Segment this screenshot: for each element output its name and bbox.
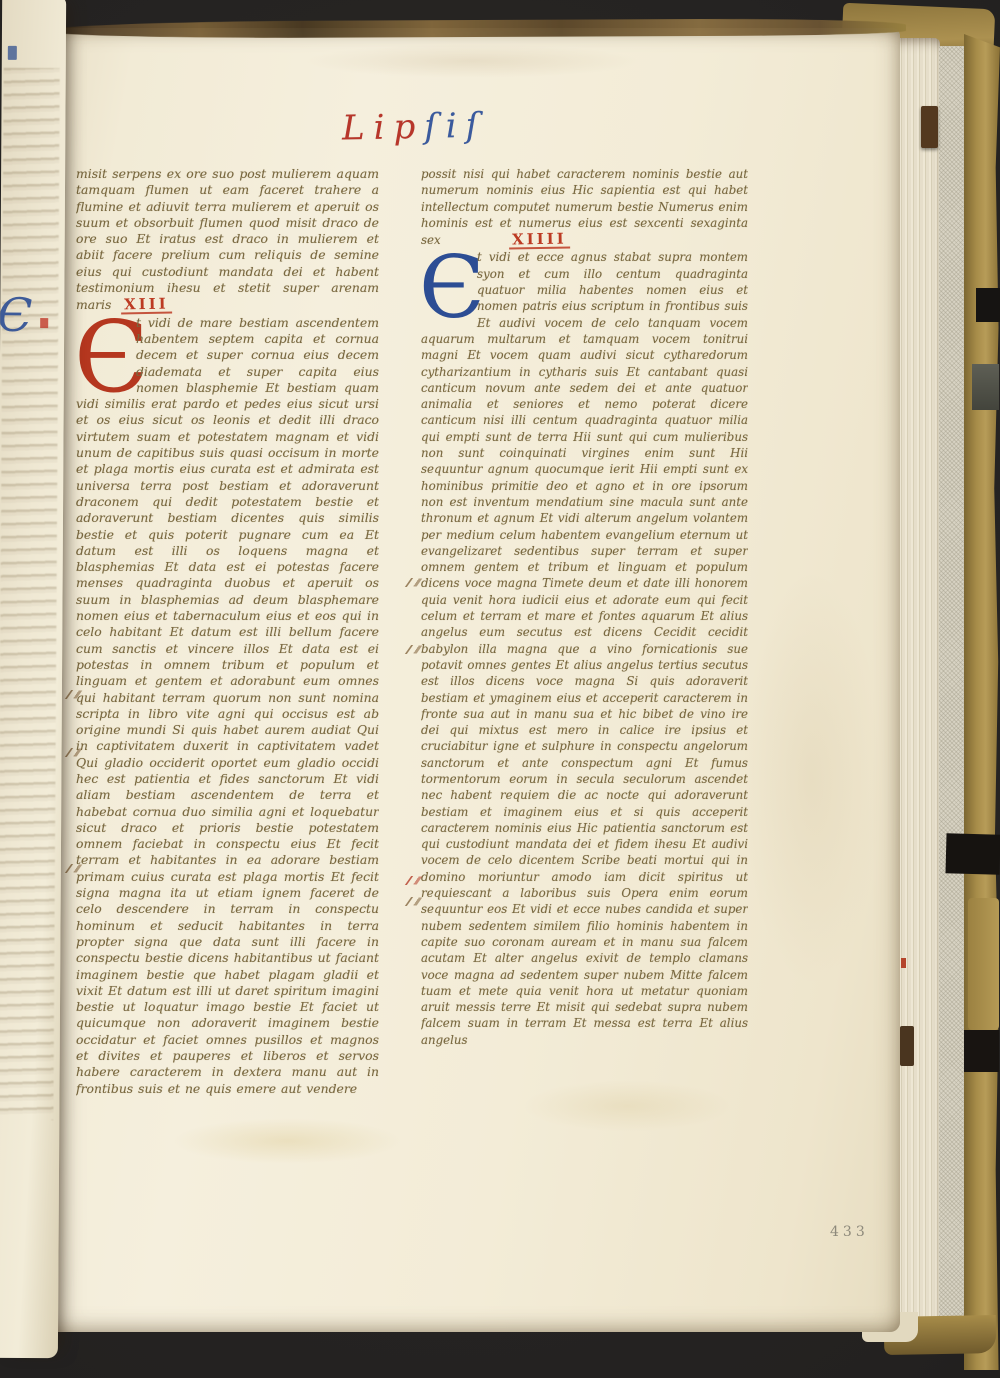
bookmark-tab-1 bbox=[976, 288, 1000, 322]
text-column-right: possit nisi qui habet caracterem nominis… bbox=[421, 166, 748, 1048]
running-header-letter: L bbox=[342, 111, 365, 145]
running-header: Lipſiſ bbox=[342, 108, 488, 145]
chapter-initial-red: Є bbox=[76, 317, 130, 381]
running-header-letter: p bbox=[393, 110, 415, 144]
verse-text-ch13: Єt vidi de mare bestiam ascendentem habe… bbox=[76, 315, 379, 1097]
running-header-letter: i bbox=[445, 109, 457, 143]
margin-mark bbox=[405, 897, 419, 906]
cover-bulge bbox=[968, 898, 999, 1030]
fore-edge-dark-tab bbox=[900, 1026, 914, 1066]
chapter-initial-blue: Є bbox=[421, 251, 471, 317]
chapter-number-xiiii: XIIII bbox=[509, 231, 570, 250]
bookmark-tab-2 bbox=[972, 364, 999, 410]
book-photo: Lipſiſ misit serpens ex ore suo post mul… bbox=[0, 0, 1000, 1378]
margin-mark bbox=[405, 578, 419, 587]
previous-page-edge: Є bbox=[0, 0, 66, 1358]
text-column-left: misit serpens ex ore suo post mulierem a… bbox=[76, 166, 379, 1097]
folio-number: 433 bbox=[830, 1224, 869, 1240]
running-header-letter: i bbox=[373, 111, 385, 145]
book-cover-edge bbox=[964, 34, 1000, 1370]
verse-text: possit nisi qui habet caracterem nominis… bbox=[421, 167, 748, 247]
parchment-stain bbox=[522, 1080, 732, 1132]
book-fore-edge bbox=[893, 38, 940, 1346]
verse-text: misit serpens ex ore suo post mulierem a… bbox=[76, 166, 379, 312]
previous-page-text-ghost bbox=[0, 68, 60, 1120]
bookmark-tab-3 bbox=[945, 833, 1000, 874]
margin-mark bbox=[405, 645, 419, 654]
verse-text-ch14: Єt vidi et ecce agnus stabat supra monte… bbox=[421, 249, 748, 1048]
parchment-stain bbox=[302, 44, 642, 78]
previous-page-blue-mark bbox=[8, 46, 17, 60]
manuscript-page: Lipſiſ misit serpens ex ore suo post mul… bbox=[52, 28, 900, 1332]
previous-page-red-mark bbox=[40, 318, 48, 328]
margin-mark bbox=[405, 876, 419, 885]
verse-text-end-ch13: possit nisi qui habet caracterem nominis… bbox=[421, 166, 748, 249]
previous-page-initial: Є bbox=[0, 292, 33, 338]
running-header-letter: ſ bbox=[465, 109, 478, 143]
running-header-letter: ſ bbox=[424, 110, 437, 144]
parchment-stain bbox=[742, 568, 882, 988]
chapter-number-xiii: XIII bbox=[121, 296, 172, 315]
bookmark-tab-leather bbox=[921, 106, 938, 148]
binding-hinge bbox=[939, 46, 965, 1346]
bookmark-tab-4 bbox=[964, 1030, 999, 1072]
verse-text: t vidi de mare bestiam ascendentem haben… bbox=[76, 315, 379, 1096]
fore-edge-red-mark bbox=[901, 958, 906, 968]
parchment-stain bbox=[172, 1118, 402, 1164]
verse-text: t vidi et ecce agnus stabat supra montem… bbox=[421, 250, 748, 1046]
verse-text-end-ch12: misit serpens ex ore suo post mulierem a… bbox=[76, 166, 379, 315]
